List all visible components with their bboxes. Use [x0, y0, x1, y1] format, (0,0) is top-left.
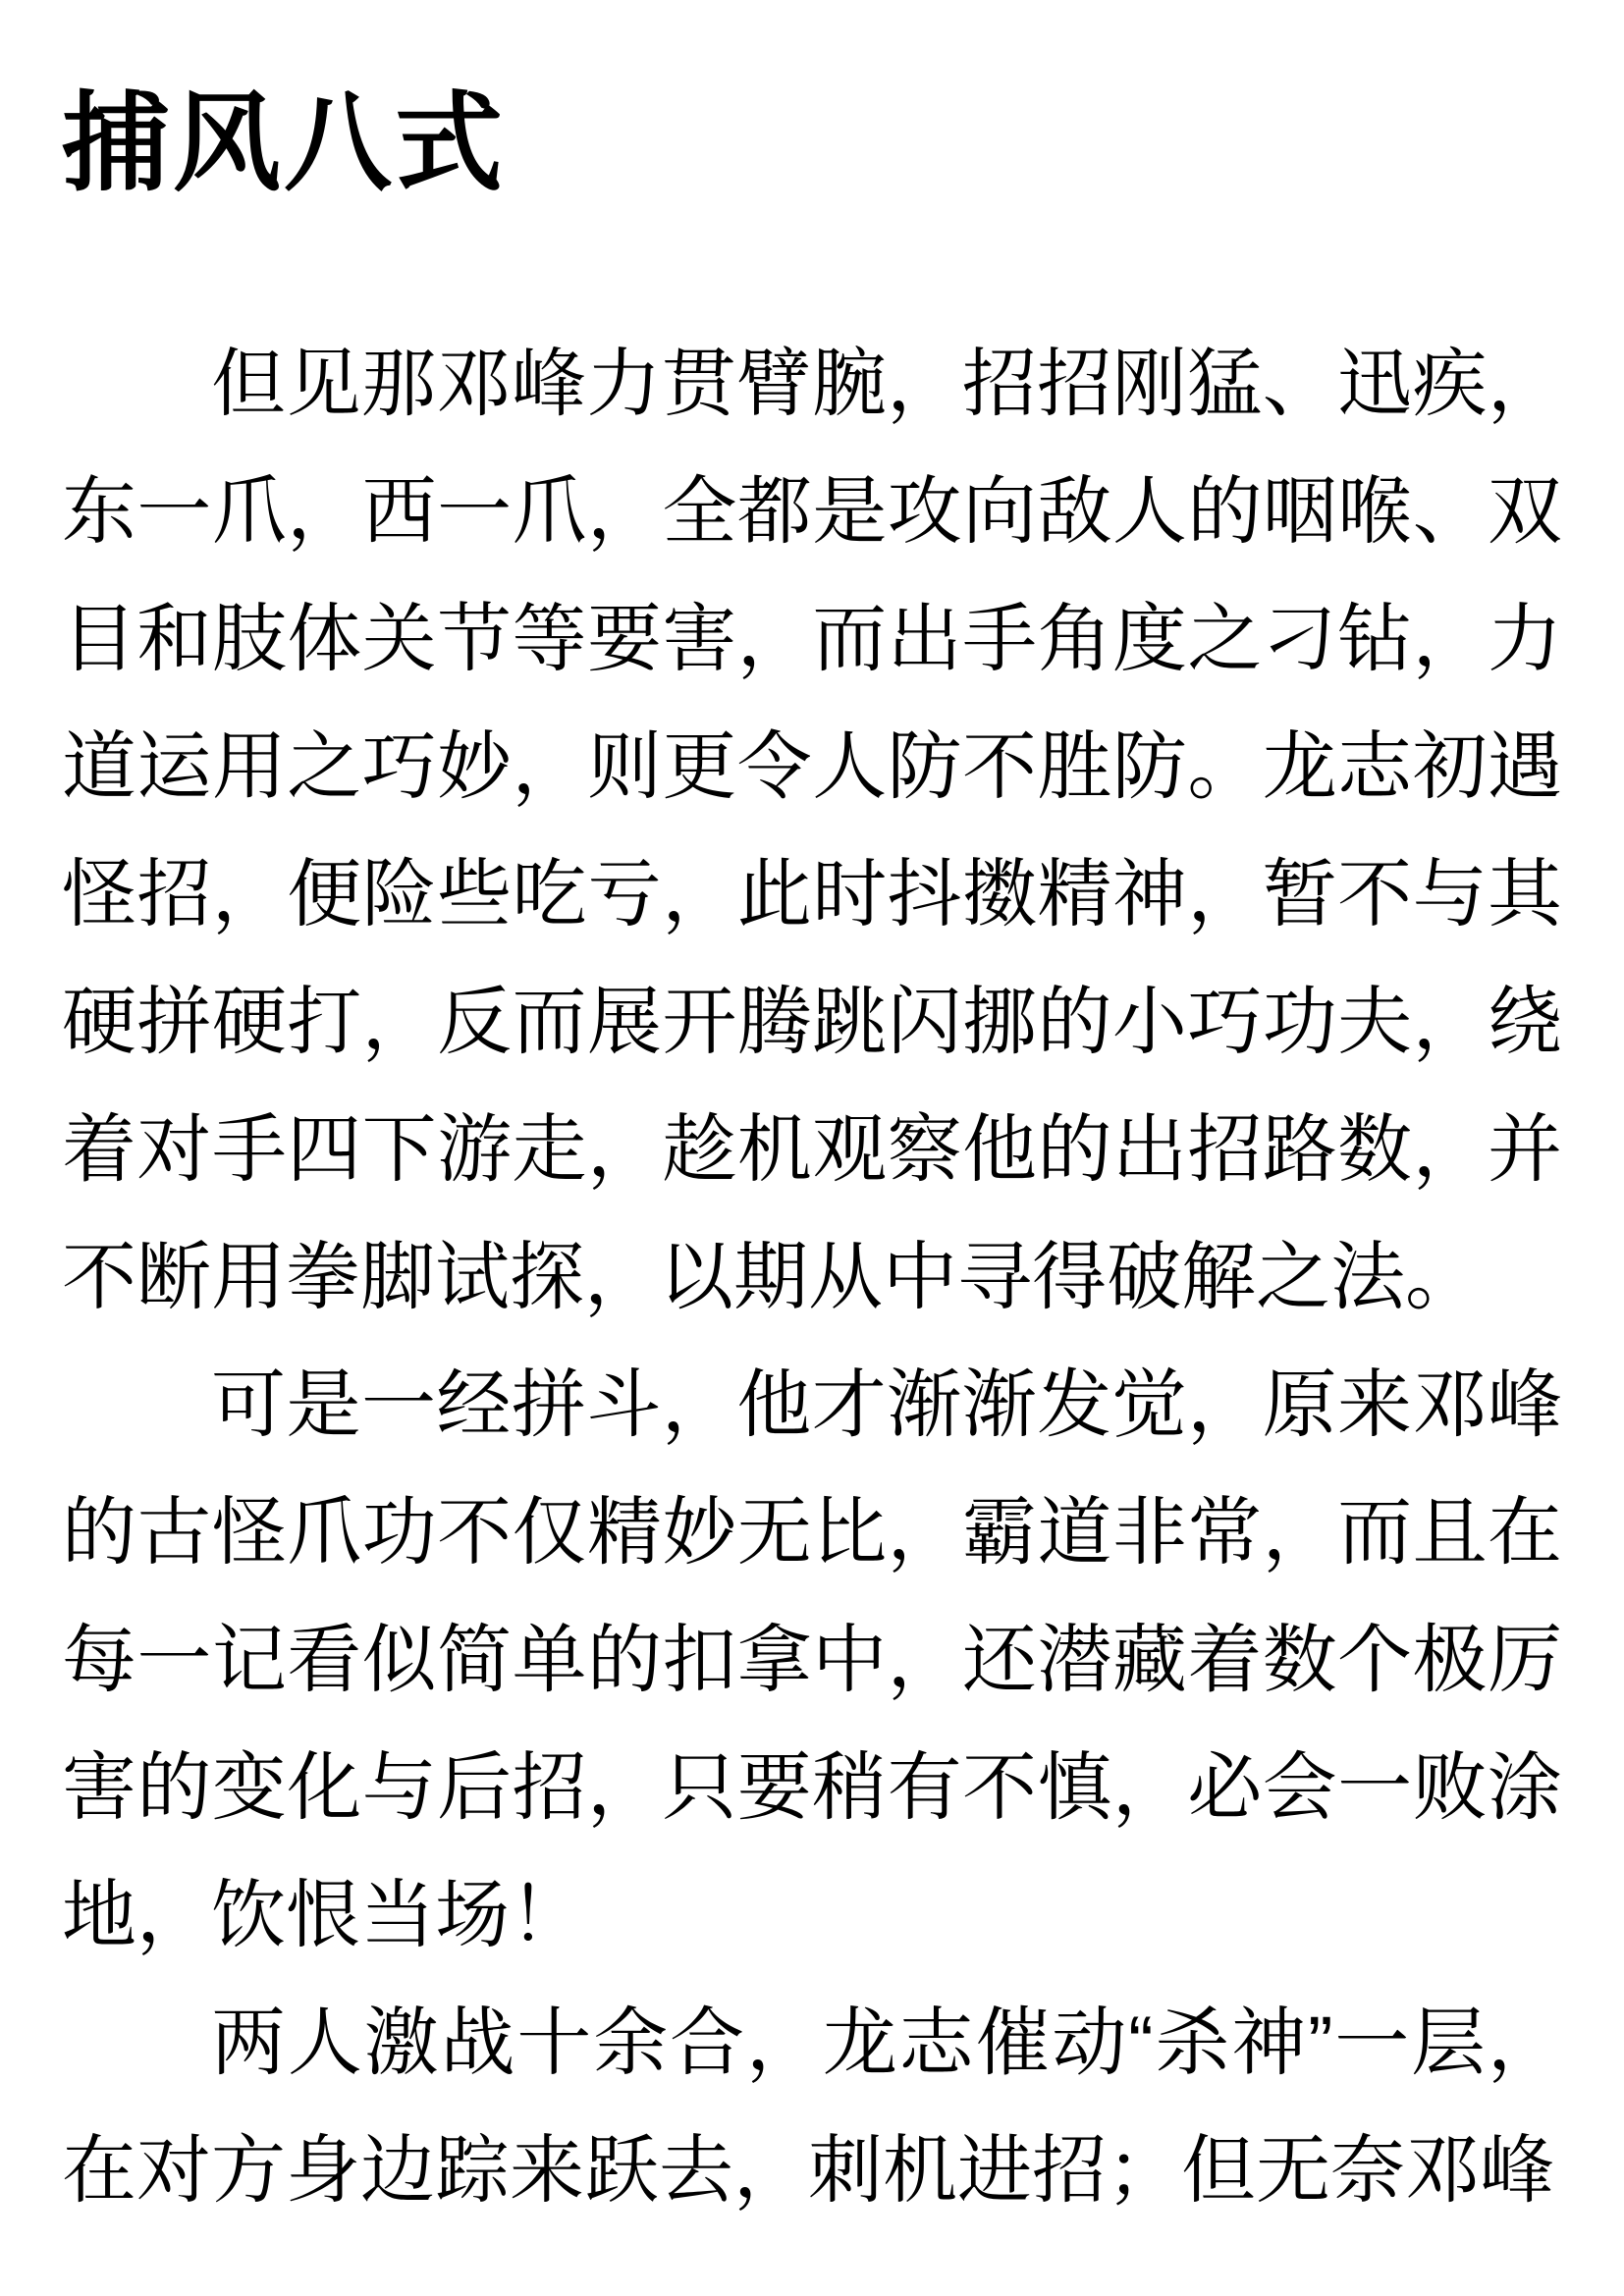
page-title: 捕风八式 — [62, 90, 1562, 198]
paragraph-1: 但见那邓峰力贯臂腕，招招刚猛、迅疾，东一爪，西一爪，全都是攻向敌人的咽喉、双目和… — [62, 321, 1562, 1342]
paragraph-2: 可是一经拼斗，他才渐渐发觉，原来邓峰的古怪爪功不仅精妙无比，霸道非常，而且在每一… — [62, 1342, 1562, 1980]
paragraph-3: 两人激战十余合，龙志催动“杀神”一层，在对方身边踪来跃去，刺机进招；但无奈邓峰 — [62, 1980, 1562, 2235]
document-page: 捕风八式 但见那邓峰力贯臂腕，招招刚猛、迅疾，东一爪，西一爪，全都是攻向敌人的咽… — [0, 0, 1624, 2296]
body-text: 但见那邓峰力贯臂腕，招招刚猛、迅疾，东一爪，西一爪，全都是攻向敌人的咽喉、双目和… — [62, 321, 1562, 2235]
